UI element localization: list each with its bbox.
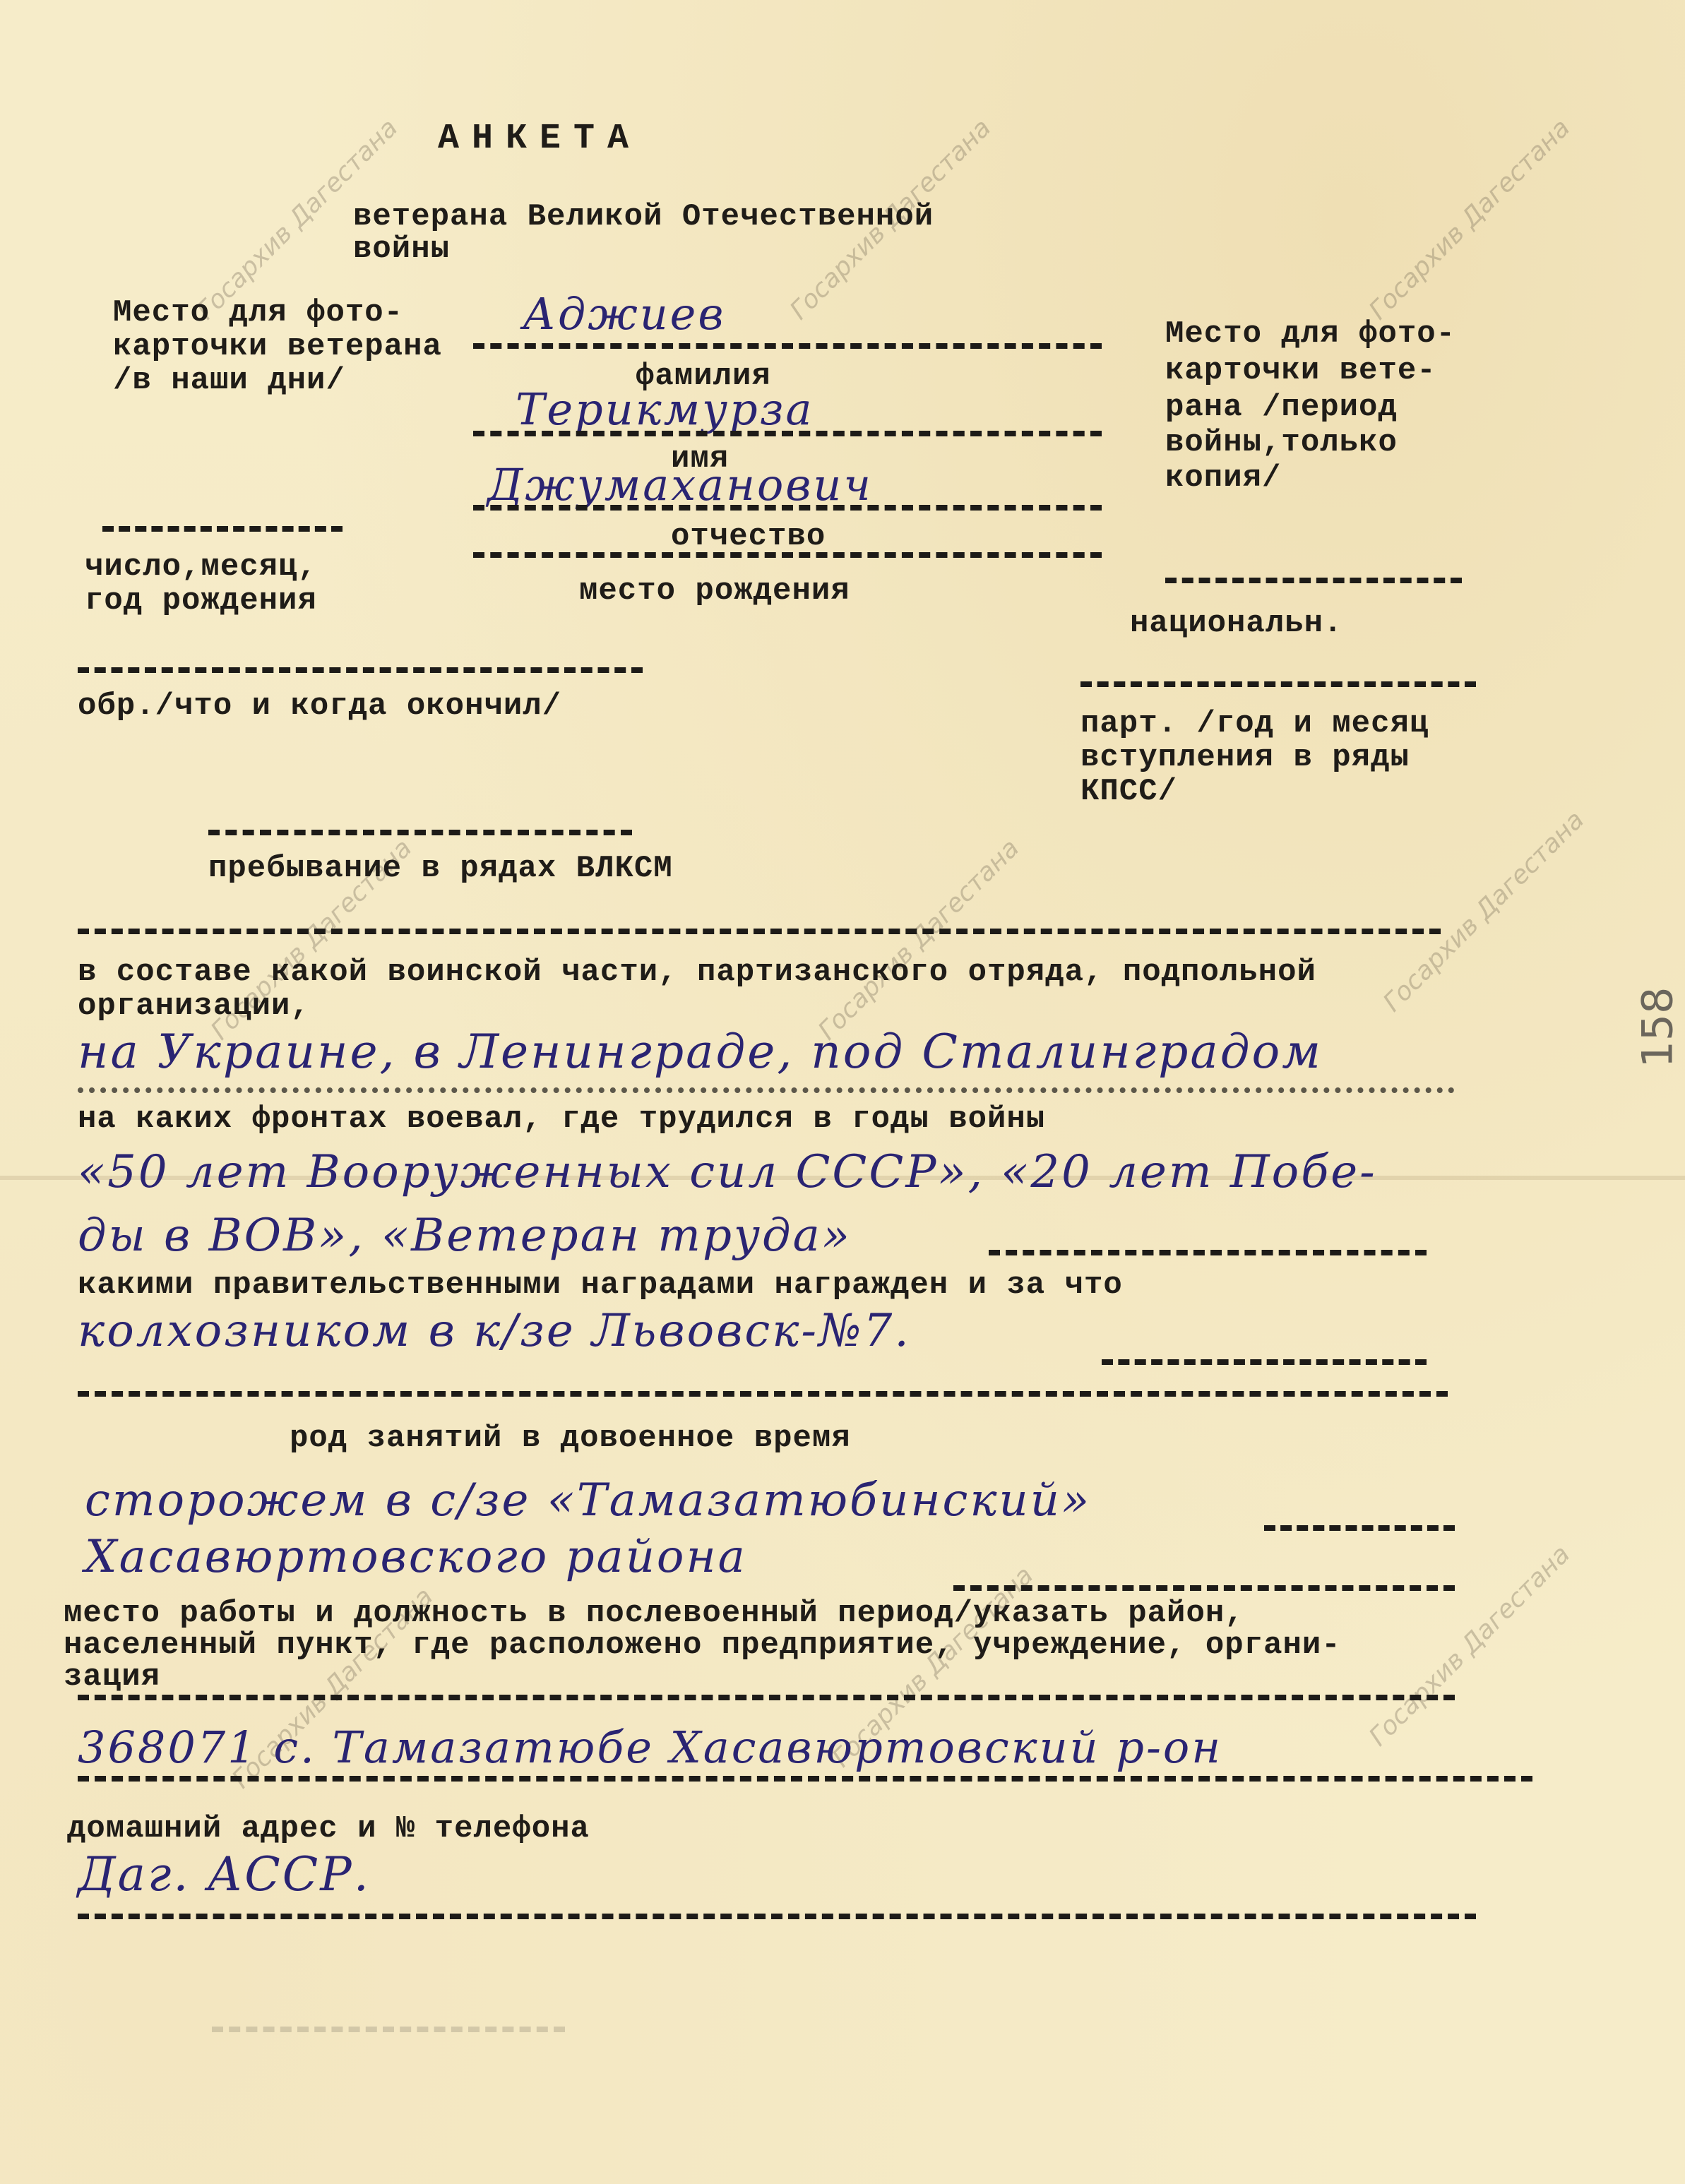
awards-value-2[interactable]: ды в ВОВ», «Ветеран труда» — [78, 1211, 852, 1260]
komsomol-line — [208, 830, 632, 835]
watermark: Госархив Дагестана — [813, 834, 1025, 1046]
prewar-occupation-line-2 — [78, 1391, 1448, 1397]
home-address-value[interactable]: 368071 с. Тамазатюбе Хасавюртовский р-он — [78, 1723, 1222, 1772]
military-unit-label-2: организации, — [78, 989, 310, 1024]
birth-date-line — [102, 526, 343, 532]
prewar-occupation-label: род занятий в довоенное время — [290, 1421, 851, 1456]
home-address-line — [78, 1776, 1532, 1782]
education-label: обр./что и когда окончил/ — [78, 688, 561, 724]
patronymic-value[interactable]: Джумаханович — [487, 460, 873, 510]
pencil-page-number: 158 — [1633, 987, 1682, 1068]
military-unit-label: в составе какой воинской части, партизан… — [78, 955, 1316, 990]
form-title: АНКЕТА — [438, 121, 641, 157]
party-label-3: КПСС/ — [1080, 774, 1177, 809]
surname-line — [473, 343, 1102, 349]
bleed-through-line — [212, 2027, 565, 2032]
watermark: Госархив Дагестана — [1364, 1540, 1576, 1752]
nationality-line — [1165, 578, 1462, 583]
watermark: Госархив Дагестана — [1364, 114, 1576, 326]
nationality-label: национальн. — [1130, 606, 1342, 641]
home-address-label: домашний адрес и № телефона — [67, 1811, 590, 1846]
awards-value[interactable]: «50 лет Вооруженных сил СССР», «20 лет П… — [78, 1147, 1377, 1197]
postwar-work-value[interactable]: сторожем в с/зе «Тамазатюбинский» — [85, 1476, 1091, 1525]
party-label-2: вступления в ряды — [1080, 740, 1410, 775]
postwar-work-line — [1264, 1525, 1455, 1531]
birth-date-label-2: год рождения — [85, 583, 317, 619]
patronymic-line — [473, 505, 1102, 511]
awards-line — [989, 1250, 1427, 1255]
party-label: парт. /год и месяц — [1080, 706, 1429, 741]
home-address-value-2[interactable]: Даг. АССР. — [78, 1850, 371, 1899]
fronts-label: на каких фронтах воевал, где трудился в … — [78, 1102, 1045, 1137]
postwar-work-value-2[interactable]: Хасавюртовского района — [85, 1532, 747, 1582]
postwar-work-label-3: зация — [64, 1659, 160, 1695]
first-name-line — [473, 431, 1102, 436]
home-address-line-top — [78, 1695, 1455, 1700]
party-line — [1080, 681, 1476, 687]
watermark: Госархив Дагестана — [1378, 806, 1590, 1018]
patronymic-label: отчество — [671, 519, 826, 554]
postwar-work-label-2: населенный пункт, где расположено предпр… — [64, 1628, 1341, 1663]
fronts-value[interactable]: на Украине, в Ленинграде, под Сталинград… — [78, 1027, 1323, 1077]
education-line — [78, 667, 643, 673]
surname-value[interactable]: Аджиев — [523, 290, 725, 339]
postwar-work-line-2 — [953, 1585, 1455, 1591]
military-unit-line — [78, 929, 1441, 934]
form-subtitle: ветерана Великой Отечественной — [353, 199, 934, 234]
postwar-work-label: место работы и должность в послевоенный … — [64, 1596, 1244, 1631]
birth-place-line — [473, 552, 1102, 558]
komsomol-label: пребывание в рядах ВЛКСМ — [208, 851, 673, 886]
home-address-line-2 — [78, 1914, 1476, 1919]
prewar-occupation-value[interactable]: колхозником в к/зе Львовск-№7. — [78, 1306, 911, 1356]
birth-date-label: число,месяц, — [85, 549, 317, 585]
first-name-value[interactable]: Терикмурза — [516, 385, 814, 434]
form-subtitle-2: войны — [353, 232, 450, 267]
birth-place-label: место рождения — [579, 573, 850, 609]
awards-label: какими правительственными наградами нагр… — [78, 1267, 1123, 1303]
prewar-occupation-line — [1102, 1359, 1427, 1365]
fronts-line — [78, 1087, 1455, 1093]
